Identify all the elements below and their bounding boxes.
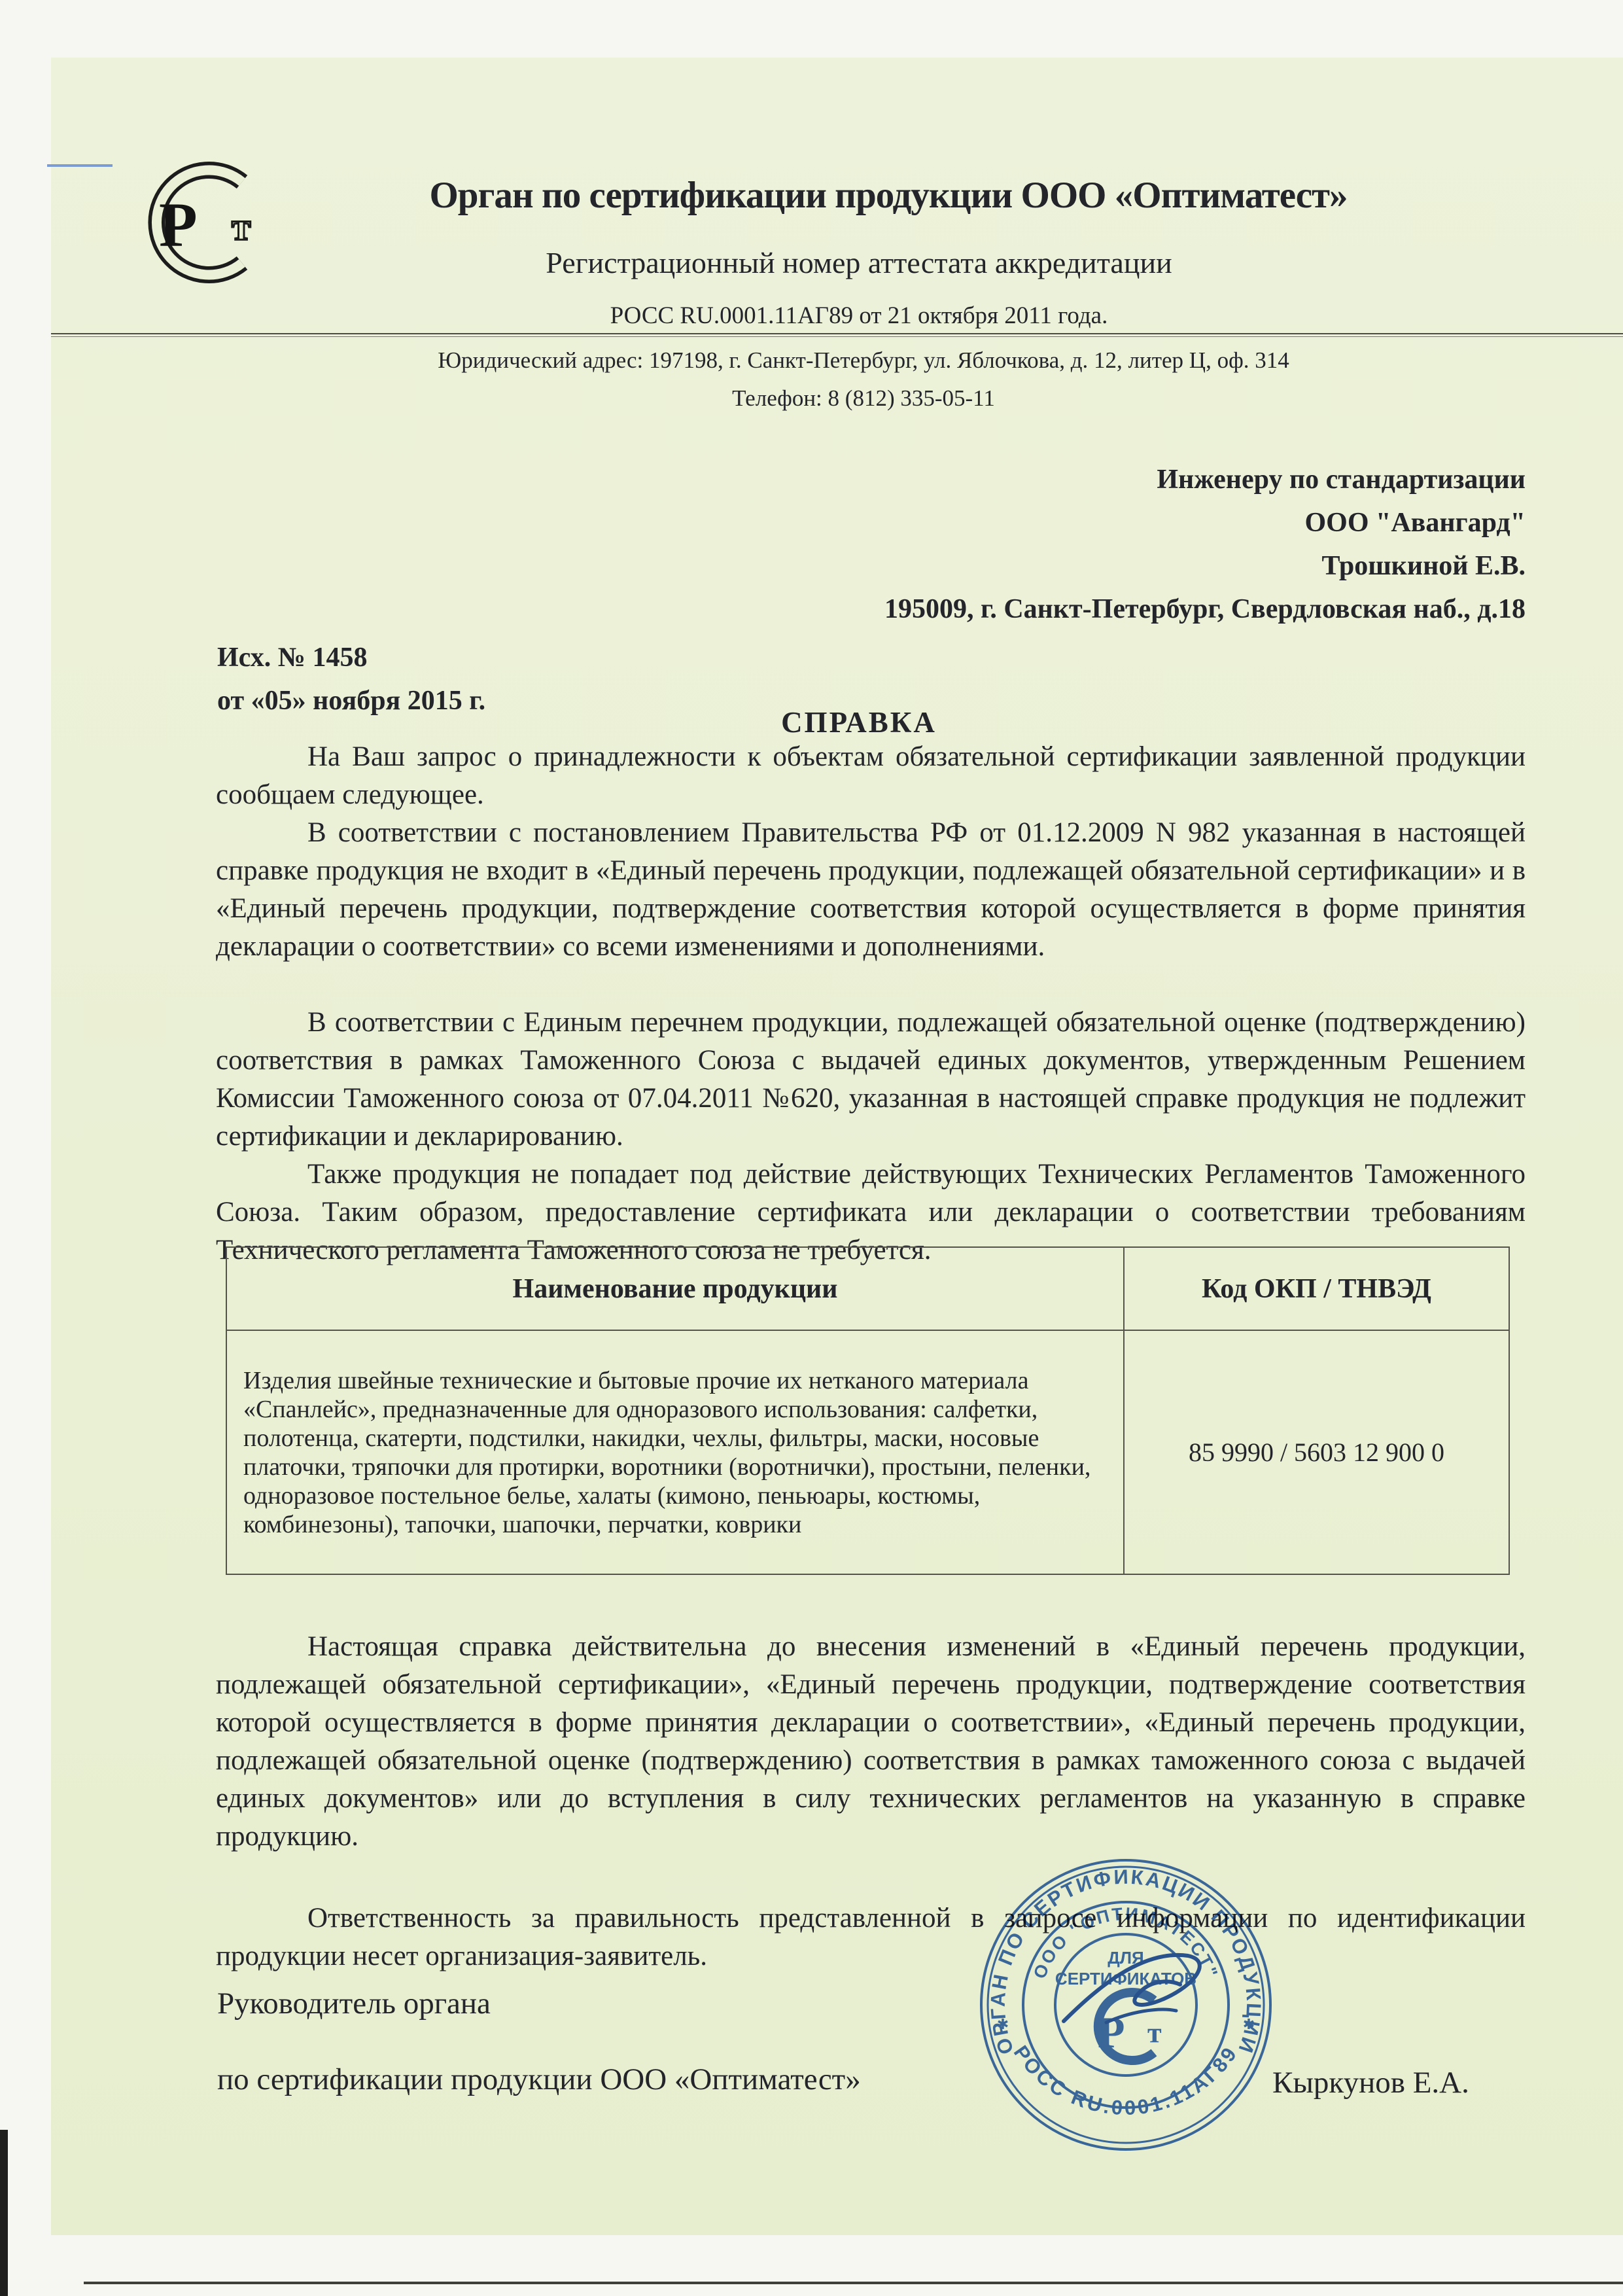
paragraph: В соответствии с Единым перечнем продукц… (216, 1004, 1526, 1156)
recipient-role: Инженеру по стандартизации (610, 458, 1526, 501)
paragraph: Настоящая справка действительна до внесе… (216, 1628, 1526, 1856)
column-header-product-name: Наименование продукции (226, 1247, 1124, 1330)
scan-artifact-bottom-line (84, 2282, 1623, 2284)
table-header-row: Наименование продукции Код ОКП / ТНВЭД (226, 1247, 1509, 1330)
scan-artifact-left-strip (0, 2130, 8, 2296)
paper-sheet: Р т Орган по сертификации продукции ООО … (51, 58, 1623, 2235)
document-title: СПРАВКА (237, 705, 1480, 739)
product-code-cell: 85 9990 / 5603 12 900 0 (1124, 1330, 1509, 1574)
recipient-company: ООО "Авангард" (610, 501, 1526, 544)
paragraph: На Ваш запрос о принадлежности к объекта… (216, 738, 1526, 814)
recipient-block: Инженеру по стандартизации ООО "Авангард… (610, 458, 1526, 631)
signer-name: Кыркунов Е.А. (1272, 2065, 1469, 2100)
signer-role-line1: Руководитель органа (217, 1986, 491, 2021)
table-row: Изделия швейные технические и бытовые пр… (226, 1330, 1509, 1574)
attestate-number: РОСС RU.0001.11АГ89 от 21 октября 2011 г… (237, 302, 1480, 330)
stamp-monogram-p: Р (1098, 2007, 1125, 2057)
signer-role-line2: по сертификации продукции ООО «Оптиматес… (217, 2062, 861, 2097)
legal-address: Юридический адрес: 197198, г. Санкт-Пете… (177, 347, 1550, 374)
outgoing-number: Исх. № 1458 (217, 636, 806, 679)
scanned-document: { "header": { "org_title": "Орган по сер… (0, 0, 1623, 2296)
header-divider (51, 333, 1623, 337)
paragraph: В соответствии с постановлением Правител… (216, 814, 1526, 966)
accreditation-line: Регистрационный номер аттестата аккредит… (237, 246, 1480, 280)
recipient-person: Трошкиной Е.В. (610, 544, 1526, 588)
product-table: Наименование продукции Код ОКП / ТНВЭД И… (226, 1246, 1510, 1575)
column-header-okp-code: Код ОКП / ТНВЭД (1124, 1247, 1509, 1330)
org-title: Орган по сертификации продукции ООО «Опт… (247, 174, 1529, 217)
recipient-address: 195009, г. Санкт-Петербург, Свердловская… (610, 588, 1526, 631)
stamp-star-right: ✱ (1243, 2016, 1255, 2032)
stamp-star-left: ✱ (997, 2016, 1009, 2032)
phone-line: Телефон: 8 (812) 335-05-11 (177, 385, 1550, 412)
paragraph: Ответственность за правильность представ… (216, 1899, 1526, 1975)
product-name-cell: Изделия швейные технические и бытовые пр… (226, 1330, 1124, 1574)
rst-logo-letter-p: Р (159, 190, 198, 260)
stamp-monogram-t: т (1147, 2017, 1162, 2049)
stamp-outer-bottom-text: РОСС RU.0001.11АГ89 (1009, 2041, 1242, 2119)
round-stamp: ОРГАН ПО СЕРТИФИКАЦИИ ПРОДУКЦИИ РОСС RU.… (972, 1851, 1280, 2159)
scan-artifact-blue-dash (47, 164, 113, 167)
